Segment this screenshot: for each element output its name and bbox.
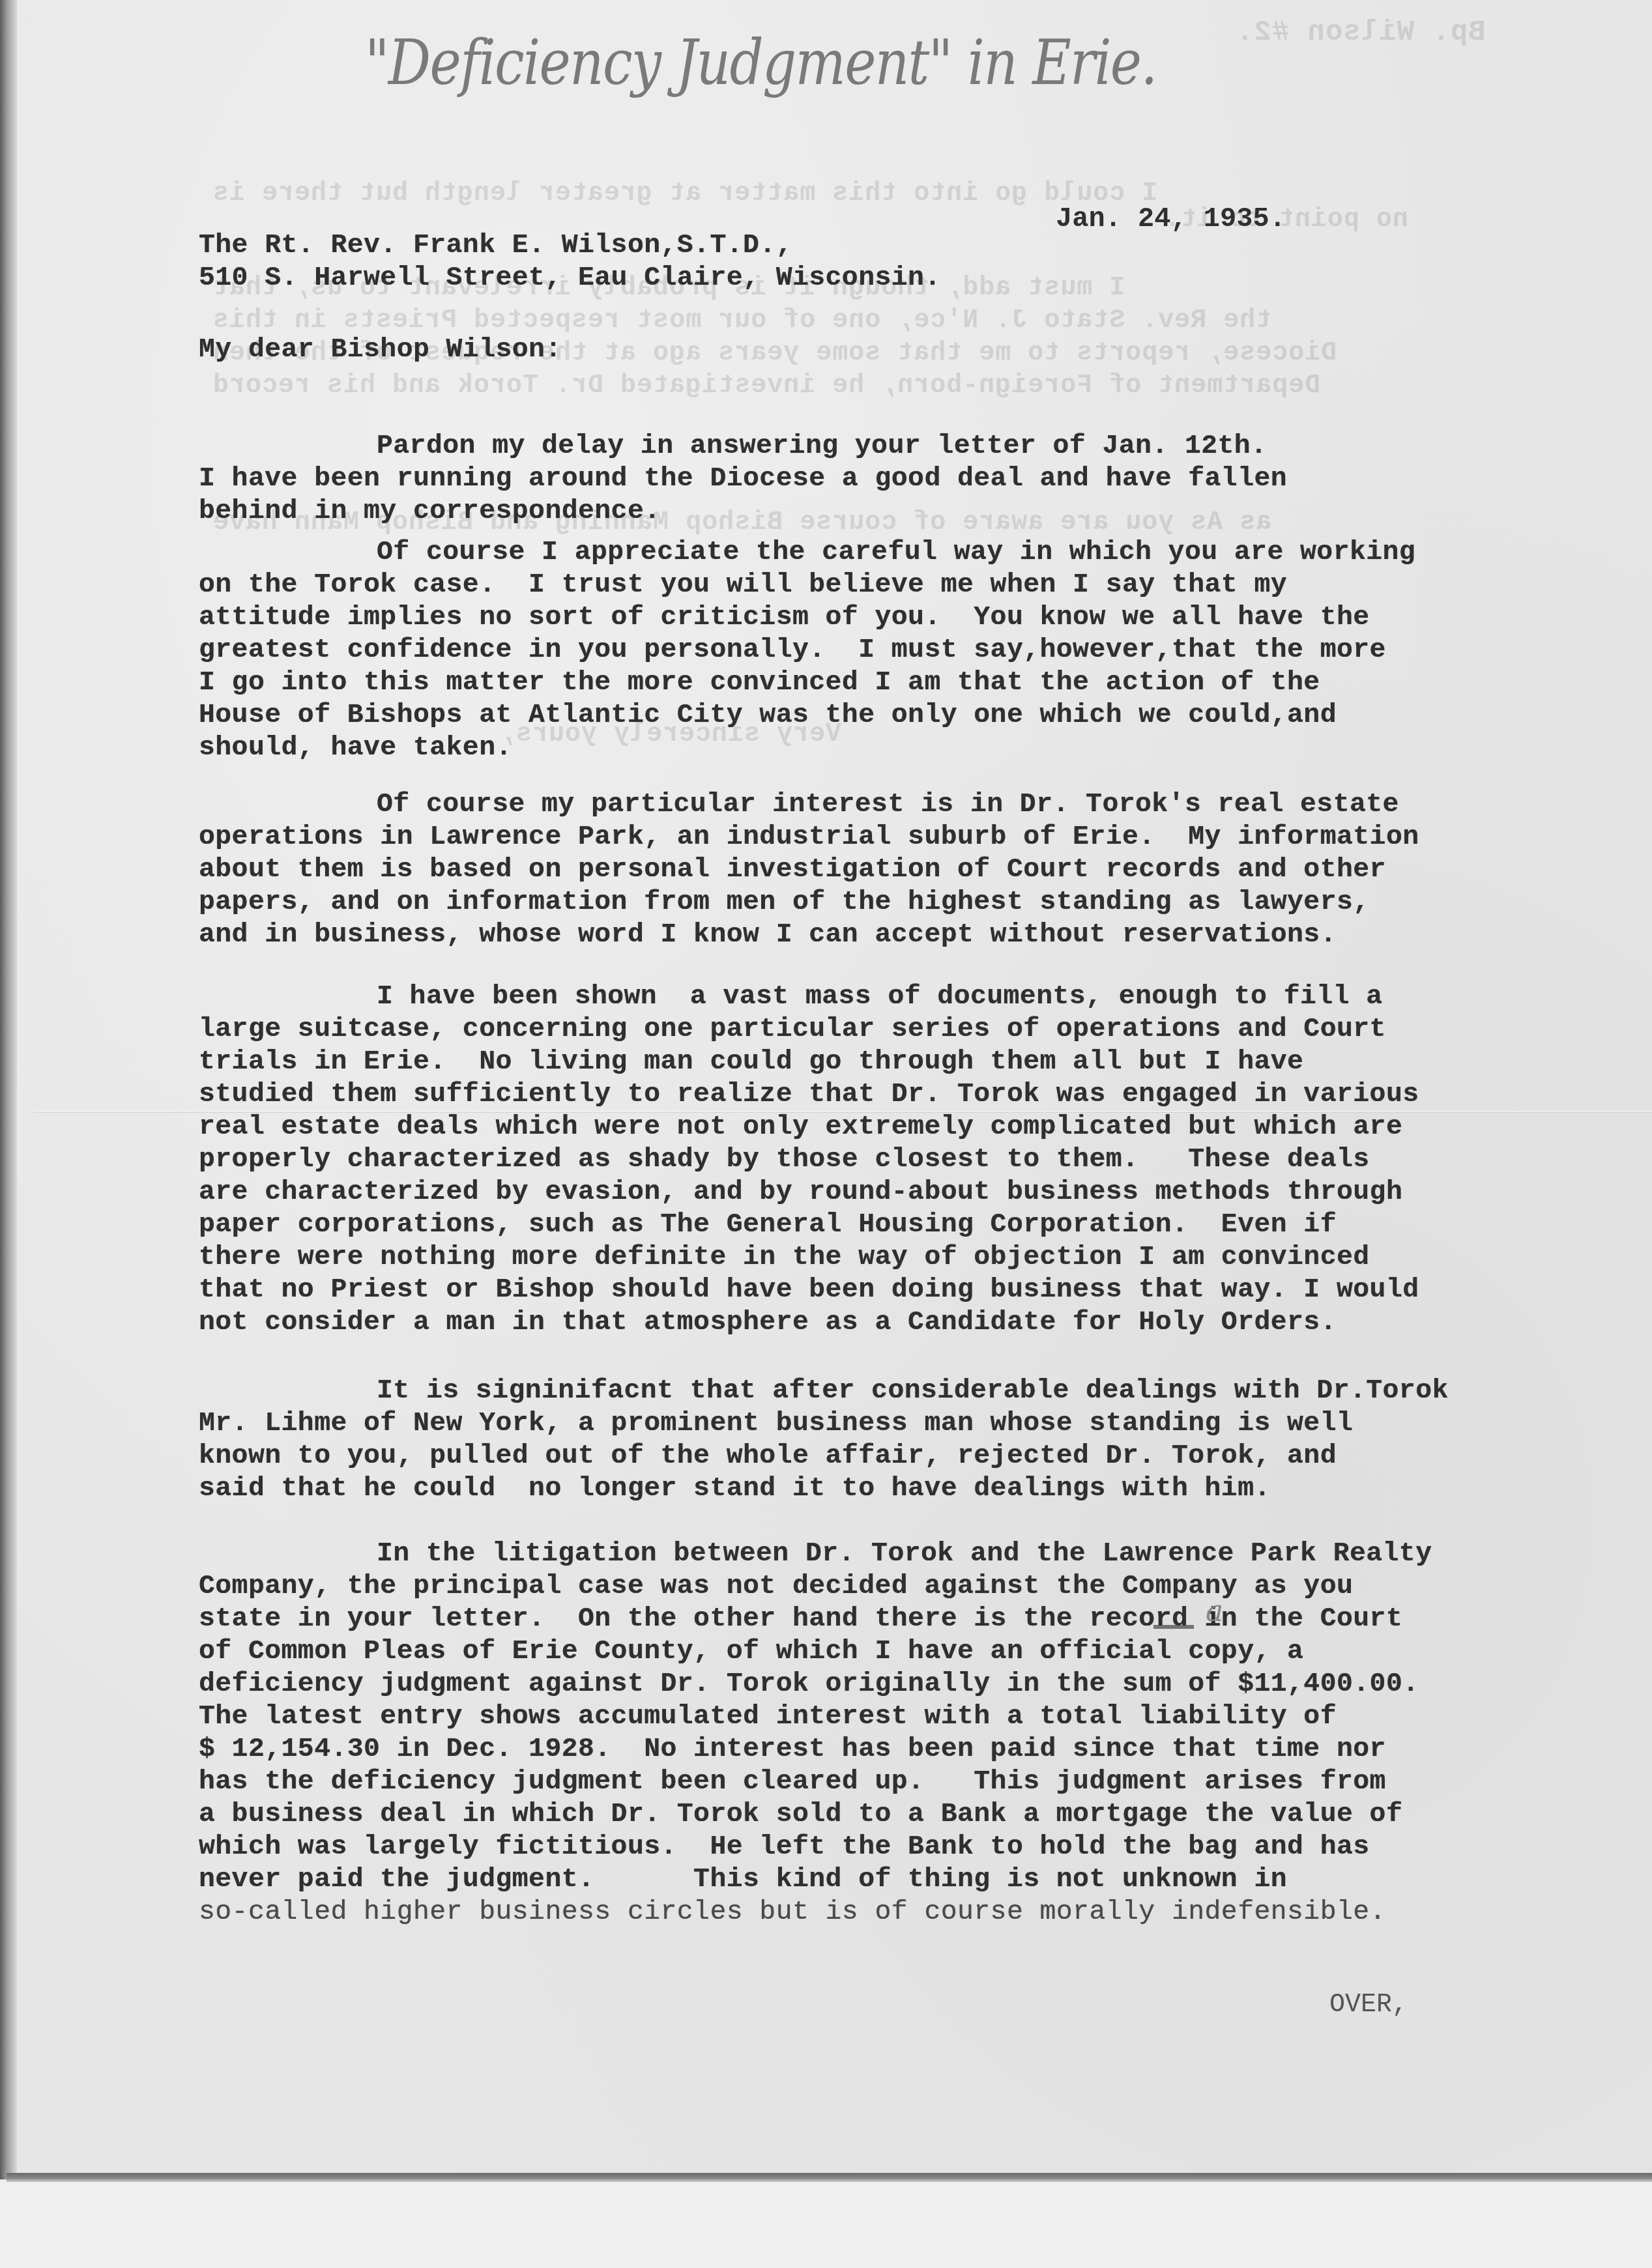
- paragraph-6-line: Company, the principal case was not deci…: [199, 1570, 1353, 1603]
- bleed-through-line: I could go into this matter at greater l…: [212, 179, 1157, 208]
- handwritten-title: "Deficiency Judgment" in Erie.: [365, 26, 1157, 99]
- recipient-address: 510 S. Harwell Street, Eau Claire, Wisco…: [199, 262, 941, 294]
- bleed-through-line: the Rev. Stato J. N'ce, one of our most …: [212, 306, 1271, 336]
- paragraph-2-line: on the Torok case. I trust you will beli…: [199, 569, 1287, 601]
- paragraph-3-line: about them is based on personal investig…: [199, 854, 1386, 886]
- paragraph-6-line: so-called higher business circles but is…: [199, 1896, 1386, 1929]
- paragraph-4-line: not consider a man in that atmosphere as…: [199, 1306, 1337, 1339]
- paragraph-2-line: Of course I appreciate the careful way i…: [377, 536, 1415, 569]
- paragraph-4-line: paper corporations, such as The General …: [199, 1209, 1337, 1241]
- paragraph-1-line: I have been running around the Diocese a…: [199, 463, 1287, 495]
- paragraph-3-line: Of course my particular interest is in D…: [377, 788, 1399, 821]
- paragraph-3-line: papers, and on information from men of t…: [199, 886, 1370, 919]
- paragraph-5-line: said that he could no longer stand it to…: [199, 1472, 1271, 1505]
- paragraph-5-line: known to you, pulled out of the whole af…: [199, 1440, 1337, 1472]
- paragraph-6-line: deficiency judgment against Dr. Torok or…: [199, 1668, 1419, 1701]
- paragraph-2-line: attitude implies no sort of criticism of…: [199, 601, 1370, 634]
- scan-left-edge: [0, 0, 17, 2179]
- paragraph-1-line: behind in my correspondence.: [199, 495, 661, 528]
- paragraph-6-line: which was largely fictitious. He left th…: [199, 1831, 1370, 1863]
- paragraph-5-line: It is signinifacnt that after considerab…: [377, 1375, 1449, 1407]
- paragraph-6-line: has the deficiency judgment been cleared…: [199, 1766, 1386, 1798]
- paragraph-4-line: properly characterized as shady by those…: [199, 1143, 1370, 1176]
- paragraph-1-line: Pardon my delay in answering your letter…: [377, 430, 1267, 463]
- paragraph-4-line: that no Priest or Bishop should have bee…: [199, 1274, 1419, 1306]
- handwritten-correction: a: [1206, 1593, 1223, 1628]
- paragraph-6-line: In the litigation between Dr. Torok and …: [377, 1538, 1432, 1570]
- over-note: OVER,: [1329, 1990, 1408, 2020]
- letter-date: Jan. 24, 1935.: [1056, 203, 1286, 235]
- paragraph-4-line: there were nothing more definite in the …: [199, 1241, 1370, 1274]
- bleed-through-header: Bp. Wilson #2.: [1236, 16, 1486, 49]
- recipient-name: The Rt. Rev. Frank E. Wilson,S.T.D.,: [199, 229, 792, 262]
- paragraph-3-line: operations in Lawrence Park, an industri…: [199, 821, 1419, 854]
- paragraph-2-line: should, have taken.: [199, 732, 512, 764]
- paragraph-6-line: The latest entry shows accumulated inter…: [199, 1701, 1337, 1733]
- paragraph-5-line: Mr. Lihme of New York, a prominent busin…: [199, 1407, 1353, 1440]
- paragraph-3-line: and in business, whose word I know I can…: [199, 919, 1337, 951]
- scanner-background: [0, 2182, 1652, 2268]
- paragraph-6-line: $ 12,154.30 in Dec. 1928. No interest ha…: [199, 1733, 1386, 1766]
- bleed-through-line: Department of Foreign-born, he investiga…: [212, 371, 1320, 401]
- paragraph-6-line: of Common Pleas of Erie County, of which…: [199, 1635, 1303, 1668]
- paragraph-6-line: a business deal in which Dr. Torok sold …: [199, 1798, 1402, 1831]
- paragraph-2-line: House of Bishops at Atlantic City was th…: [199, 699, 1337, 732]
- strikethrough-mark: [1153, 1625, 1194, 1629]
- paragraph-4-line: I have been shown a vast mass of documen…: [377, 981, 1383, 1013]
- paragraph-4-line: are characterized by evasion, and by rou…: [199, 1176, 1402, 1209]
- page-bottom-edge: [7, 2173, 1652, 2182]
- paragraph-4-line: large suitcase, concerning one particula…: [199, 1013, 1386, 1046]
- paragraph-2-line: greatest confidence in you personally. I…: [199, 634, 1386, 667]
- paragraph-4-line: studied them sufficiently to realize tha…: [199, 1078, 1419, 1111]
- paragraph-6-line: never paid the judgment. This kind of th…: [199, 1863, 1287, 1896]
- paragraph-2-line: I go into this matter the more convinced…: [199, 667, 1320, 699]
- paragraph-4-line: trials in Erie. No living man could go t…: [199, 1046, 1303, 1078]
- paragraph-4-line: real estate deals which were not only ex…: [199, 1111, 1402, 1143]
- salutation: My dear Bishop Wilson:: [199, 334, 562, 366]
